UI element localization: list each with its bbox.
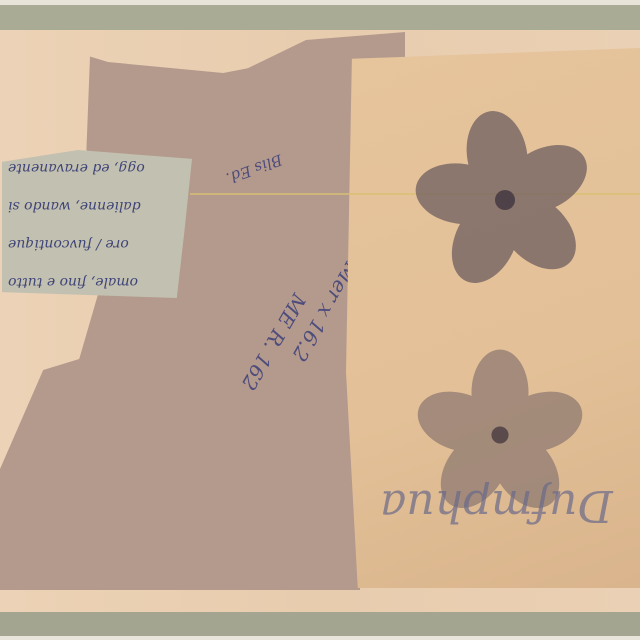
bottom-border-band	[0, 612, 640, 640]
handwritten-note-scrap: ogg, ed eravanente dalienne, wando si or…	[2, 150, 192, 298]
note-line: ore / fuvcontique	[8, 236, 129, 252]
note-line: dalienne, wando si	[8, 198, 141, 214]
pressed-flower-top	[405, 100, 605, 300]
note-line: omale, fino e tutto	[8, 274, 138, 290]
top-border-band	[0, 0, 640, 30]
card-calligraphy: Dufmphua	[380, 480, 613, 531]
note-line: ogg, ed eravanente	[8, 160, 145, 176]
